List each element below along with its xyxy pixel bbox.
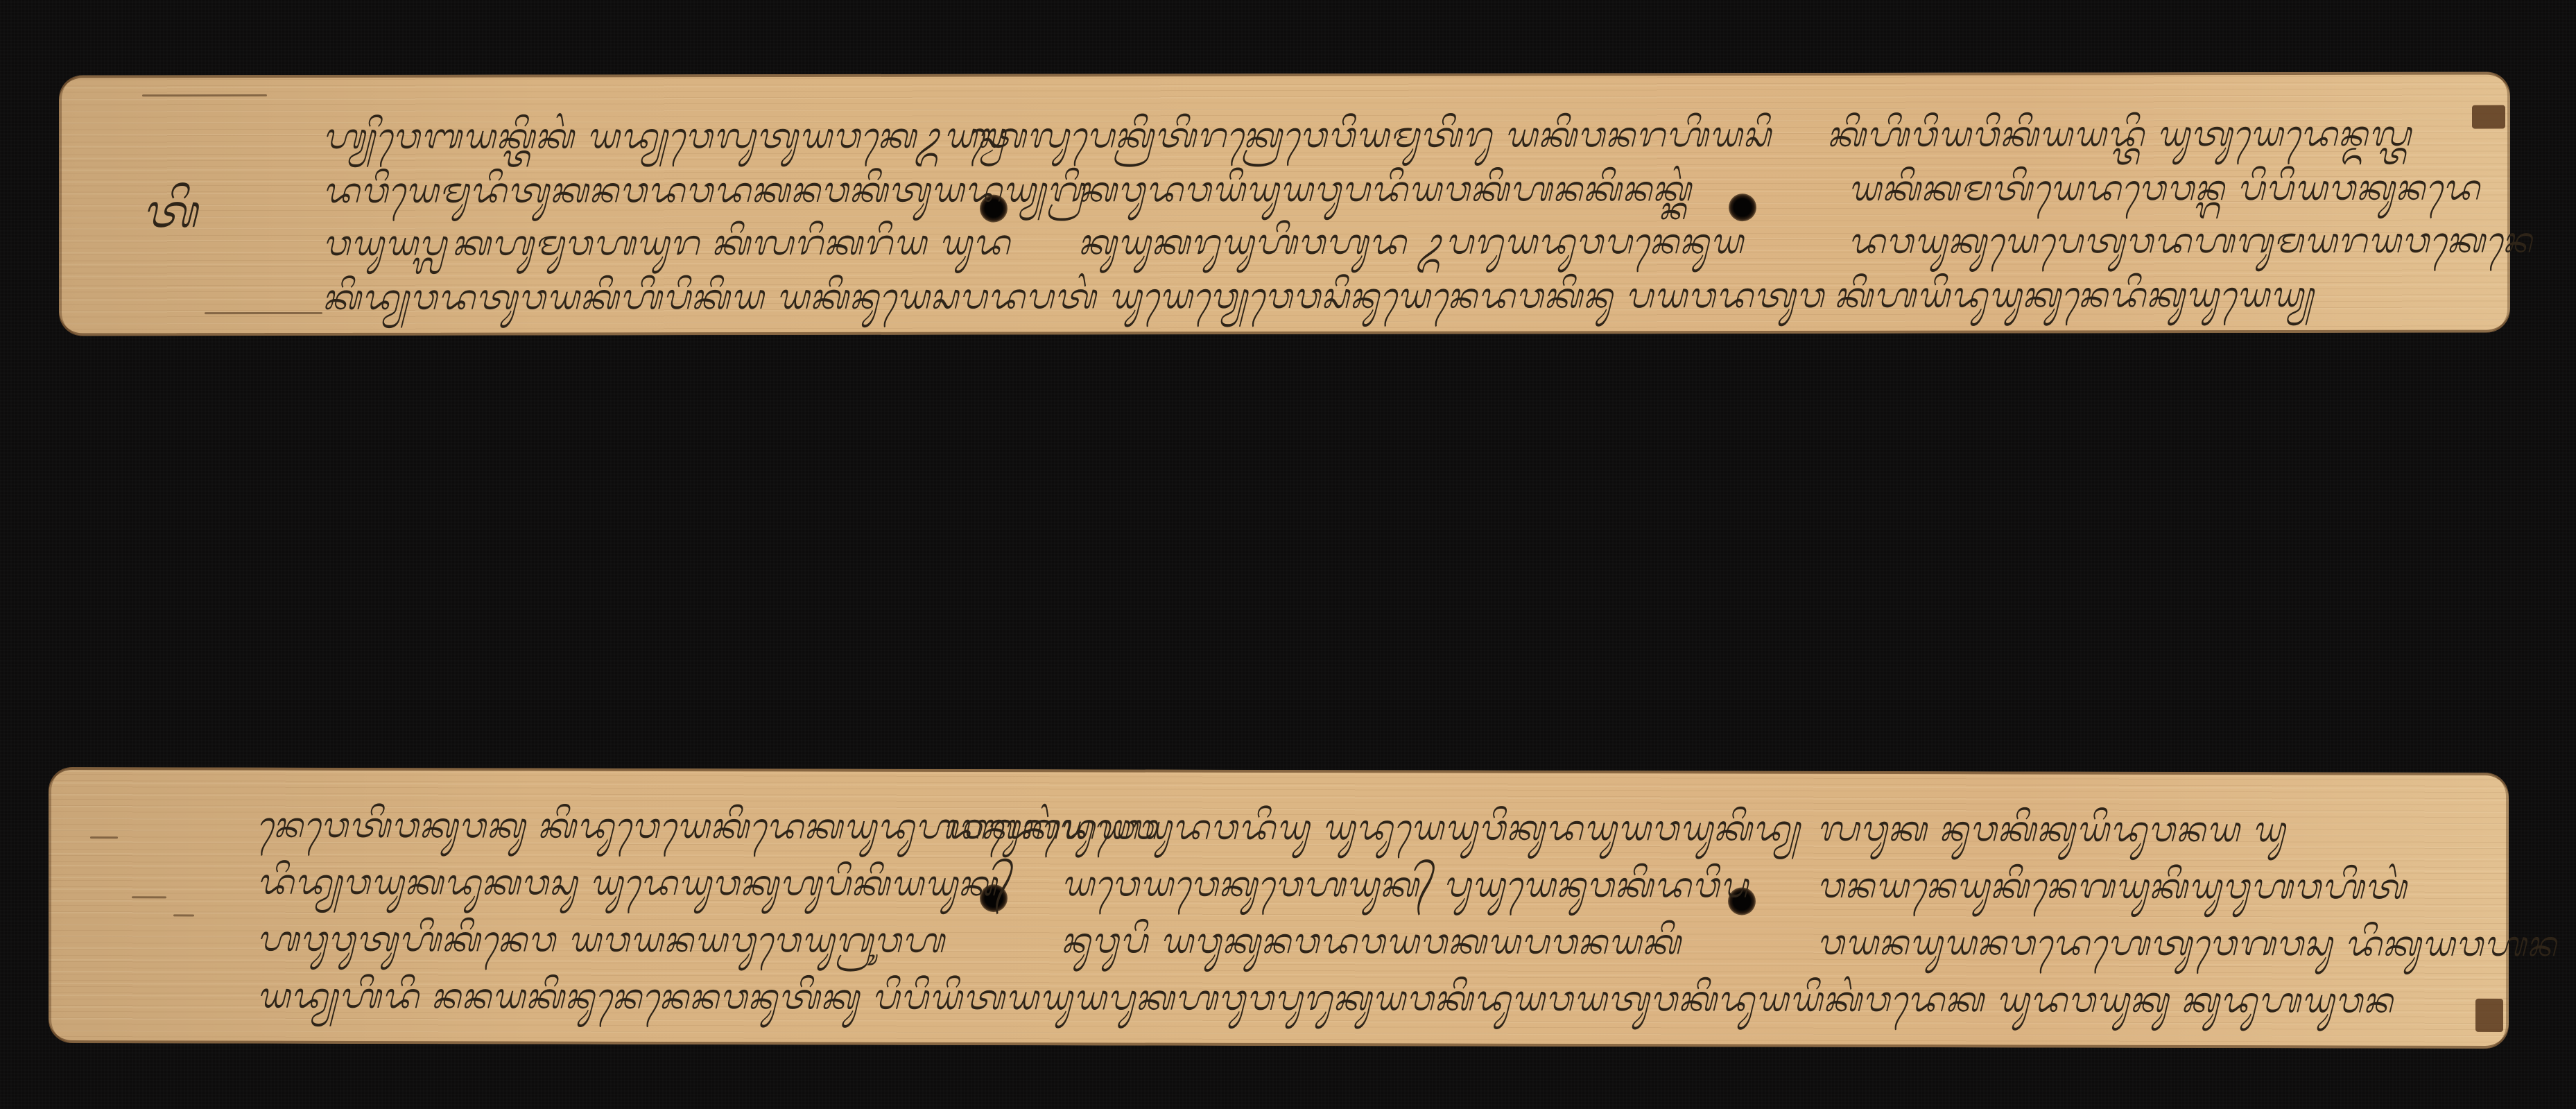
- text-segment: ᬓᬯᬸᬤᬯᬬᬶᬬᬸᬬᬯᬸᬧᬤᬶᬬᬯᬓᬶᬳᬦᬓᬶᬦᬓ᭄ᬓᬂ: [1078, 171, 1692, 207]
- text-segment: ᬯᬦᬬᬦᬾᬬᬸᬓᬶᬦᬾᬕᬬᬸᬓᬶᬬᬸᬯᬸᬳᬯᬳᬶᬢᬂ: [1817, 868, 2407, 904]
- text-segment: ᬤᬶᬤ᭄ᬬᬯᬬᬸᬓᬤᬸᬓᬯᬲᬸ ᬬᬸᬤᬾᬬᬸᬯᬓᬸᬳᬸᬧᬶᬓᬶᬬᬬᬸᬓ᭄: [257, 865, 1010, 901]
- manuscript-text-top: ᬳ᭄ᬬᬶᬯᬾᬩᬬᬓ᭄ᬢᬶᬓᬂ ᬬᬤ᭄ᬬᬯᬾᬮᬸᬢᬸᬬᬯᬓᬾᬉᬬᬲ᭄ᬯ ᬢᬾᬮᬸᬧ…: [59, 72, 2510, 336]
- palm-leaf-manuscript-top: ᬢᬶ ᬳ᭄ᬬᬶᬯᬾᬩᬬᬓ᭄ᬢᬶᬓᬂ ᬬᬤ᭄ᬬᬯᬾᬮᬸᬢᬸᬬᬯᬓᬾᬉᬬᬲ᭄ᬯ ᬢᬾ…: [59, 72, 2510, 336]
- text-segment: ᬢᬾᬮᬸᬧᬾᬓ᭄ᬭᬶᬢᬶᬭᬓ᭄ᬭᬾᬯᬾᬯᬶᬬᬫᬸᬢᬶᬭᬸ ᬬᬓᬶᬯᬦᬭᬳᬶᬬᬲᬶ: [967, 117, 1772, 153]
- text-segment: ᬮᬯᬸᬓ ᬦᬸᬯᬓᬶᬓᬸᬬᬶᬤᬸᬯᬦᬬ ᬬᬸ: [1817, 811, 2285, 848]
- text-segment: ᬬᬤ᭄ᬬᬳᬶᬤᬶ ᬦᬦᬬᬓᬶᬦᬸᬦᬾᬦᬾᬦᬯᬦᬸᬢᬶᬓᬸ ᬧᬶᬧᬶᬬᬶᬢᬬᬬᬸᬬ…: [257, 979, 2394, 1018]
- text-segment: ᬯᬬᬸᬬᬧ᭄ᬮᬓᬳᬸᬫᬸᬯᬳᬬᬸᬭ ᬓᬶᬮᬭᬶᬓᬭᬶᬬ ᬬᬸᬤ: [322, 225, 1010, 261]
- text-segment: ᬤᬯᬬᬸᬓᬸᬬᬾᬧᬾᬢᬸᬯᬤᬳᬕᬸᬫᬬᬭᬬᬯᬓᬾᬦᬾ: [1848, 223, 2533, 258]
- text-segment: ᬳ᭄ᬬᬶᬯᬾᬩᬬᬓ᭄ᬢᬶᬓᬂ ᬬᬤ᭄ᬬᬯᬾᬮᬸᬢᬸᬬᬯᬓᬾᬉᬬᬲ᭄ᬯ: [322, 119, 1006, 154]
- text-segment: ᬬᬯᬾᬬᬯᬾᬓᬸᬯᬾᬳᬬᬸᬓ᭄ ᬧᬸᬬᬸᬬᬾᬦᬸᬯᬓᬶᬤᬯᬶᬧ: [1061, 866, 1749, 902]
- text-segment: ᬓᬸᬬᬸᬓᬭᬸᬬᬸᬳᬶᬯᬳᬸᬤ ᬉᬧᬭᬸᬬᬤᬸᬯᬧᬦᬾᬦᬸᬬ: [1078, 224, 1744, 259]
- text-segment: ᬦᬸᬯᬸᬧᬶ ᬬᬯᬸᬓᬸᬦᬯᬤᬯᬬᬯᬓᬬᬧᬯᬦᬬᬓᬶ: [1061, 923, 1682, 959]
- text-segment: ᬓᬶᬳᬬᬶᬤᬸᬬᬸᬓᬸᬦᬾᬤᬶᬓᬸᬬᬸᬬᬾᬬ᭄ᬬ: [1834, 277, 2314, 313]
- text-segment: ᬳᬯᬸᬯᬸᬢᬸᬳᬶᬓᬶᬦᬾᬯ ᬬᬯᬬᬦᬬᬯᬸᬯᬾᬬᬸᬕ᭄ᬭᬸᬯᬳ: [257, 922, 945, 958]
- text-segment: ᬤᬯᬶᬬᬾᬫᬸᬤᬶᬢᬸᬓᬦᬯᬤᬯᬤᬓᬦᬯᬓᬶᬢᬸᬬᬤᬬ᭄ᬬᬕ᭄ᬭᬶ: [322, 172, 1085, 208]
- manuscript-text-bottom: ᬦᬾᬯᬾᬢᬶᬯᬓᬸᬯᬓᬸ ᬓᬶᬤᬸᬯᬾᬬᬾᬓᬶᬤᬾᬓᬬᬸᬤᬸᬳᬯᬤᬾᬤᬾᬬᬯ ᬤ…: [49, 767, 2509, 1049]
- text-segment: ᬓᬶᬳᬶᬯᬶᬬᬯᬶᬓᬶᬬᬬᬤ᭄ᬢᬶ ᬬᬸᬢᬸᬬᬾᬤᬾᬦ᭄ᬤᬮ᭄ᬢ: [1827, 117, 2412, 152]
- text-segment: ᬬᬓᬶᬓᬫᬢᬶᬬᬾᬤᬯᬾᬯᬦ᭄ᬕ ᬧᬶᬧᬶᬬᬯᬓᬸᬦᬤᬾ: [1848, 171, 2480, 206]
- text-segment: ᬤᬓᬸᬓᬂᬬᬸᬯᬾᬬᬸᬤᬯᬤᬶᬬᬸ ᬬᬸᬤᬸᬬᬾᬬᬸᬯᬶᬓᬸᬤᬬᬸᬬᬯᬬᬸᬓᬶᬤ…: [943, 809, 1801, 846]
- text-segment: ᬯᬬᬦᬬᬸᬬᬦᬯᬤᬾᬳᬾᬢᬸᬯᬾᬕᬯᬲᬸ ᬤᬶᬓᬸᬬᬯᬳᬦ: [1817, 925, 2557, 961]
- palm-leaf-manuscript-bottom: ᬦᬾᬯᬾᬢᬶᬯᬓᬸᬯᬓᬸ ᬓᬶᬤᬸᬯᬾᬬᬾᬓᬶᬤᬾᬓᬬᬸᬤᬸᬳᬯᬤᬾᬤᬾᬬᬯ ᬤ…: [49, 767, 2509, 1049]
- text-segment: ᬓᬶᬤ᭄ᬬᬯᬤᬢᬸᬯᬬᬓᬶᬳᬶᬧᬶᬓᬶᬬ ᬬᬓᬶᬦᬸᬬᬾᬲᬧᬤᬧᬢᬂ ᬬᬸᬬᬾᬯ…: [322, 278, 1824, 315]
